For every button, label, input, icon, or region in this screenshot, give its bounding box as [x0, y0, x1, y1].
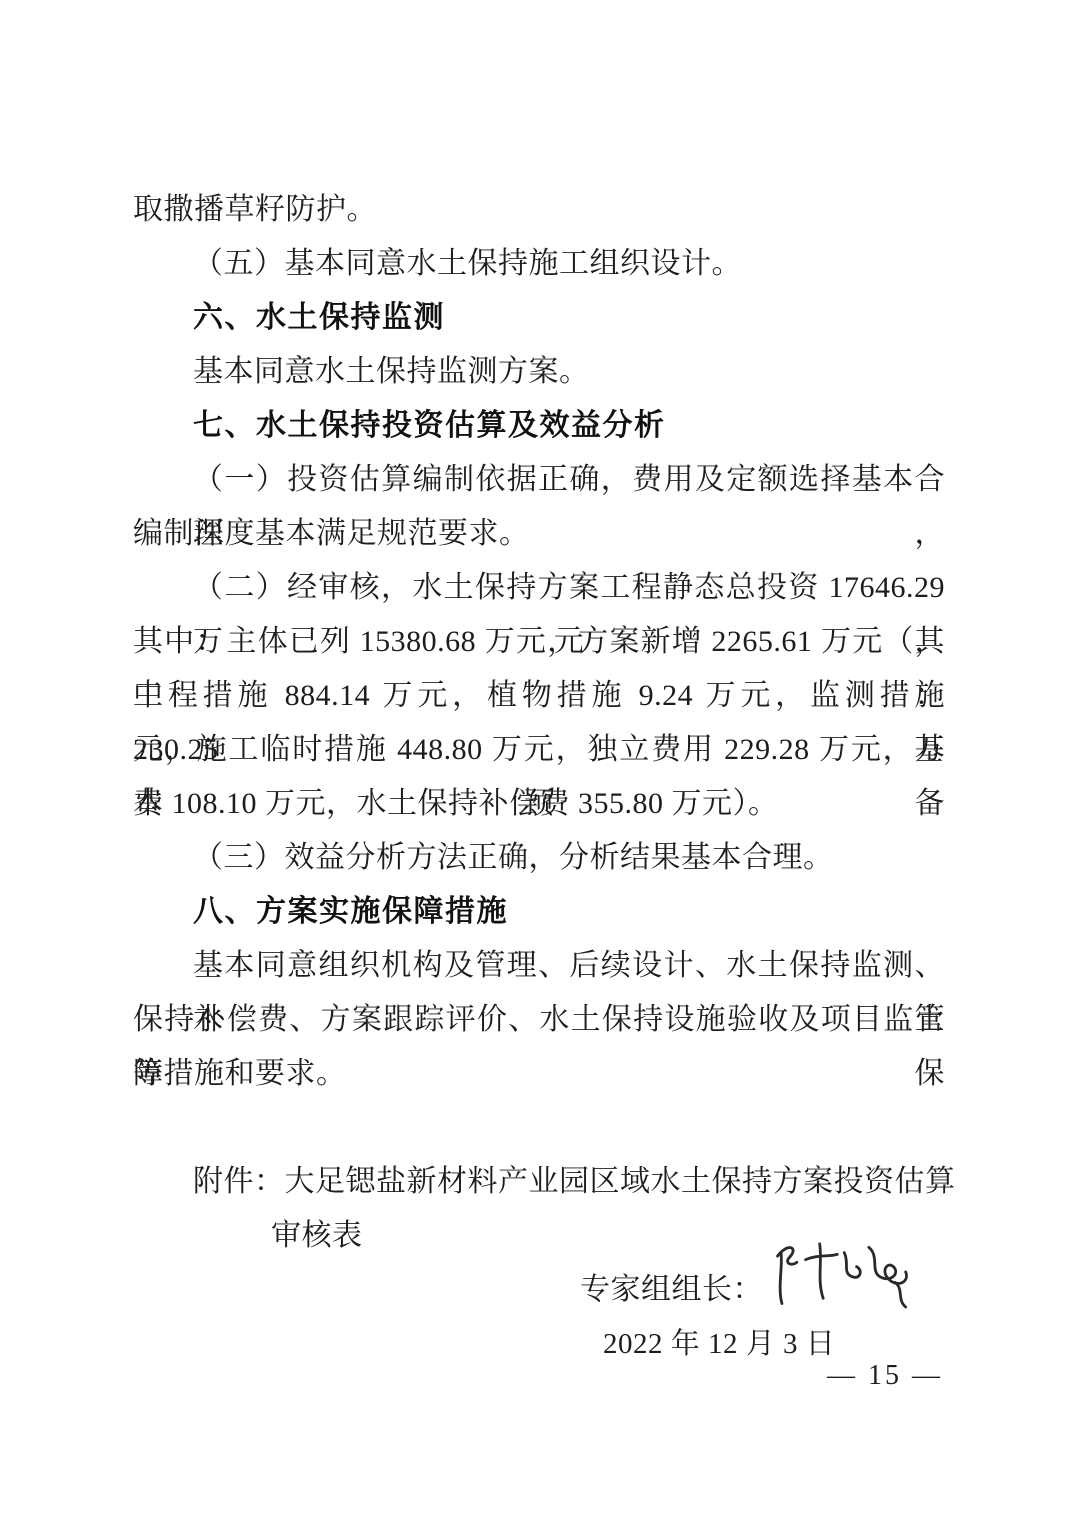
signature-row: 专家组组长：: [133, 1263, 945, 1317]
blank-line: [133, 1101, 945, 1155]
signature-scribble-icon: [767, 1231, 925, 1319]
text-line: （五）基本同意水土保持施工组织设计。: [133, 237, 945, 291]
text-line: 附件：大足锶盐新材料产业园区域水土保持方案投资估算: [133, 1155, 945, 1209]
text-line: 基本同意水土保持监测方案。: [133, 345, 945, 399]
date-line: 2022 年 12 月 3 日: [133, 1317, 945, 1371]
text-lines: 取撒播草籽防护。（五）基本同意水土保持施工组织设计。六、水土保持监测基本同意水土…: [133, 183, 945, 1263]
text-line: 工程措施 884.14 万元，植物措施 9.24 万元，监测措施 230.25 …: [133, 669, 945, 723]
text-line: （一）投资估算编制依据正确，费用及定额选择基本合理，: [133, 453, 945, 507]
text-line: 元，施工临时措施 448.80 万元，独立费用 229.28 万元，基本预备: [133, 723, 945, 777]
document-body: 取撒播草籽防护。（五）基本同意水土保持施工组织设计。六、水土保持监测基本同意水土…: [133, 183, 945, 1371]
text-line: （二）经审核，水土保持方案工程静态总投资 17646.29 万元，: [133, 561, 945, 615]
document-page: 取撒播草籽防护。（五）基本同意水土保持施工组织设计。六、水土保持监测基本同意水土…: [0, 0, 1074, 1520]
text-line: （三）效益分析方法正确，分析结果基本合理。: [133, 831, 945, 885]
text-line: 其中：主体已列 15380.68 万元，方案新增 2265.61 万元（其中：: [133, 615, 945, 669]
section-heading: 八、方案实施保障措施: [133, 885, 945, 939]
signature-label: 专家组组长：: [580, 1263, 763, 1317]
text-line: 基本同意组织机构及管理、后续设计、水土保持监测、水土: [133, 939, 945, 993]
section-heading: 六、水土保持监测: [133, 291, 945, 345]
page-number: — 15 —: [827, 1360, 943, 1392]
text-line: 取撒播草籽防护。: [133, 183, 945, 237]
text-line: 保持补偿费、方案跟踪评价、水土保持设施验收及项目监管等保: [133, 993, 945, 1047]
section-heading: 七、水土保持投资估算及效益分析: [133, 399, 945, 453]
